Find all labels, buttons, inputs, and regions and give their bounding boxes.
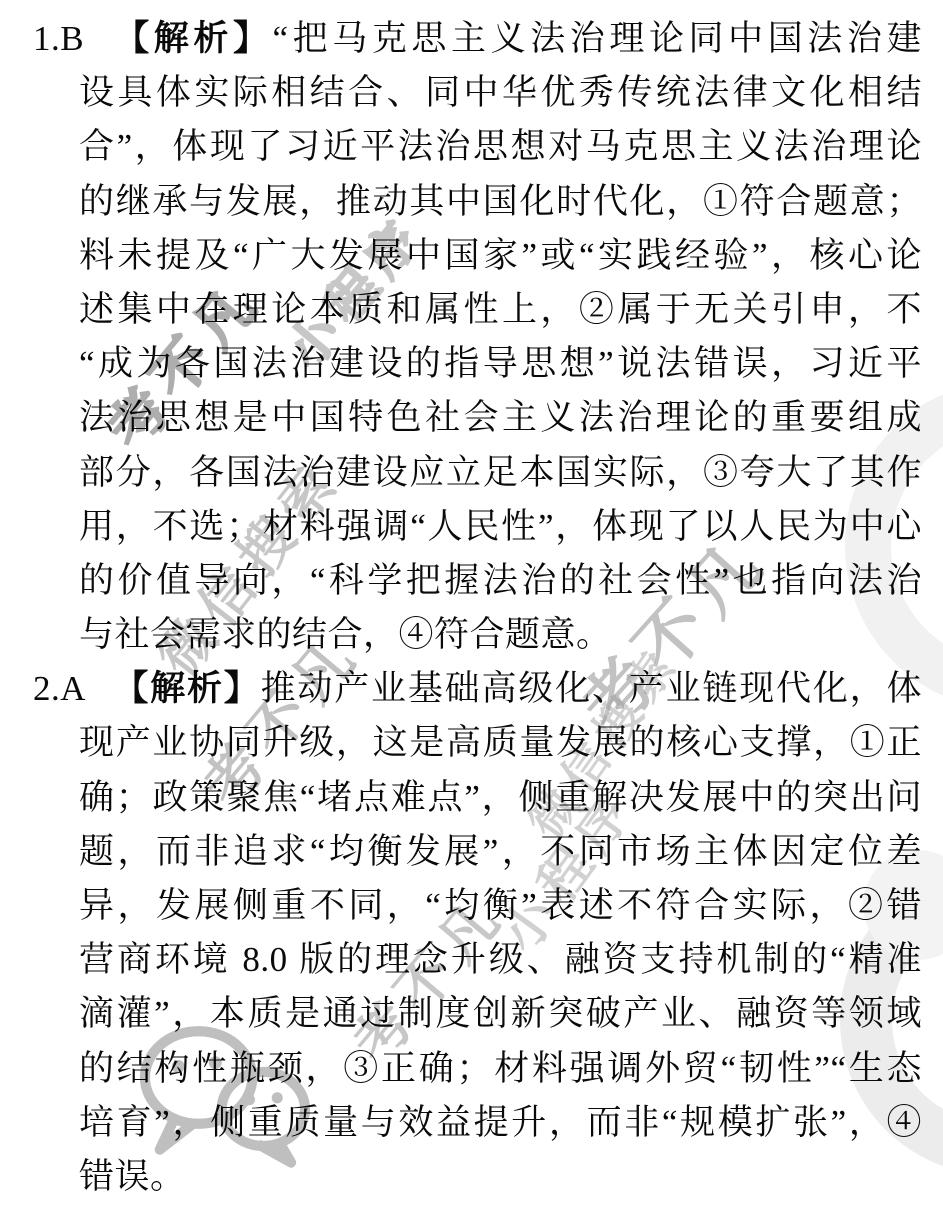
explanation-line: “成为各国法治建设的指导思想”说法错误，习近平: [79, 337, 922, 391]
analysis-label: 【解析】: [110, 19, 272, 58]
explanation-line: 的继承与发展，推动其中国化时代化，①符合题意；材: [79, 175, 922, 229]
explanation-line: 的价值导向，“科学把握法治的社会性”也指向法治: [79, 554, 922, 608]
explanation-line: 部分，各国法治建设应立足本国实际，③夸大了其作: [79, 446, 922, 500]
answer-item: 1.B【解析】“把马克思主义法治理论同中国法治建设具体实际相结合、同中华优秀传统…: [33, 12, 922, 662]
explanation-line: 的结构性瓶颈，③正确；材料强调外贸“韧性”“生态: [79, 1042, 922, 1096]
explanation-line: 述集中在理论本质和属性上，②属于无关引申，不选；: [79, 283, 922, 337]
explanation-line: 题，而非追求“均衡发展”，不同市场主体因定位差: [79, 825, 922, 879]
explanation-line: 法治思想是中国特色社会主义法治理论的重要组成: [79, 391, 922, 445]
explanation-line: 现产业协同升级，这是高质量发展的核心支撑，①正: [79, 716, 922, 770]
explanation-line: 2.A【解析】推动产业基础高级化、产业链现代化，体: [33, 662, 922, 716]
line-text: 推动产业基础高级化、产业链现代化，体: [261, 669, 922, 708]
page: { "page": { "background_color": "#ffffff…: [0, 0, 943, 1219]
answer-items: 1.B【解析】“把马克思主义法治理论同中国法治建设具体实际相结合、同中华优秀传统…: [33, 12, 922, 1204]
line-text: “把马克思主义法治理论同中国法治建: [273, 19, 922, 58]
question-number: 2.A: [33, 669, 86, 708]
explanation-line: 1.B【解析】“把马克思主义法治理论同中国法治建: [33, 12, 922, 66]
explanation-line: 与社会需求的结合，④符合题意。: [79, 608, 922, 662]
explanation-line: 用，不选；材料强调“人民性”，体现了以人民为中心: [79, 500, 922, 554]
explanation-line: 营商环境 8.0 版的理念升级、融资支持机制的“精准: [79, 933, 922, 987]
explanation-line: 异，发展侧重不同，“均衡”表述不符合实际，②错误；: [79, 879, 922, 933]
answer-item: 2.A【解析】推动产业基础高级化、产业链现代化，体现产业协同升级，这是高质量发展…: [33, 662, 922, 1204]
question-number: 1.B: [33, 19, 84, 58]
explanation-line: 设具体实际相结合、同中华优秀传统法律文化相结: [79, 66, 922, 120]
explanation-line: 培育”，侧重质量与效益提升，而非“规模扩张”，④: [79, 1096, 922, 1150]
analysis-label: 【解析】: [112, 669, 261, 708]
explanation-line: 滴灌”，本质是通过制度创新突破产业、融资等领域: [79, 987, 922, 1041]
explanation-line: 合”，体现了习近平法治思想对马克思主义法治理论: [79, 120, 922, 174]
explanation-line: 确；政策聚焦“堵点难点”，侧重解决发展中的突出问: [79, 771, 922, 825]
explanation-line: 错误。: [79, 1150, 922, 1204]
explanation-line: 料未提及“广大发展中国家”或“实践经验”，核心论: [79, 229, 922, 283]
